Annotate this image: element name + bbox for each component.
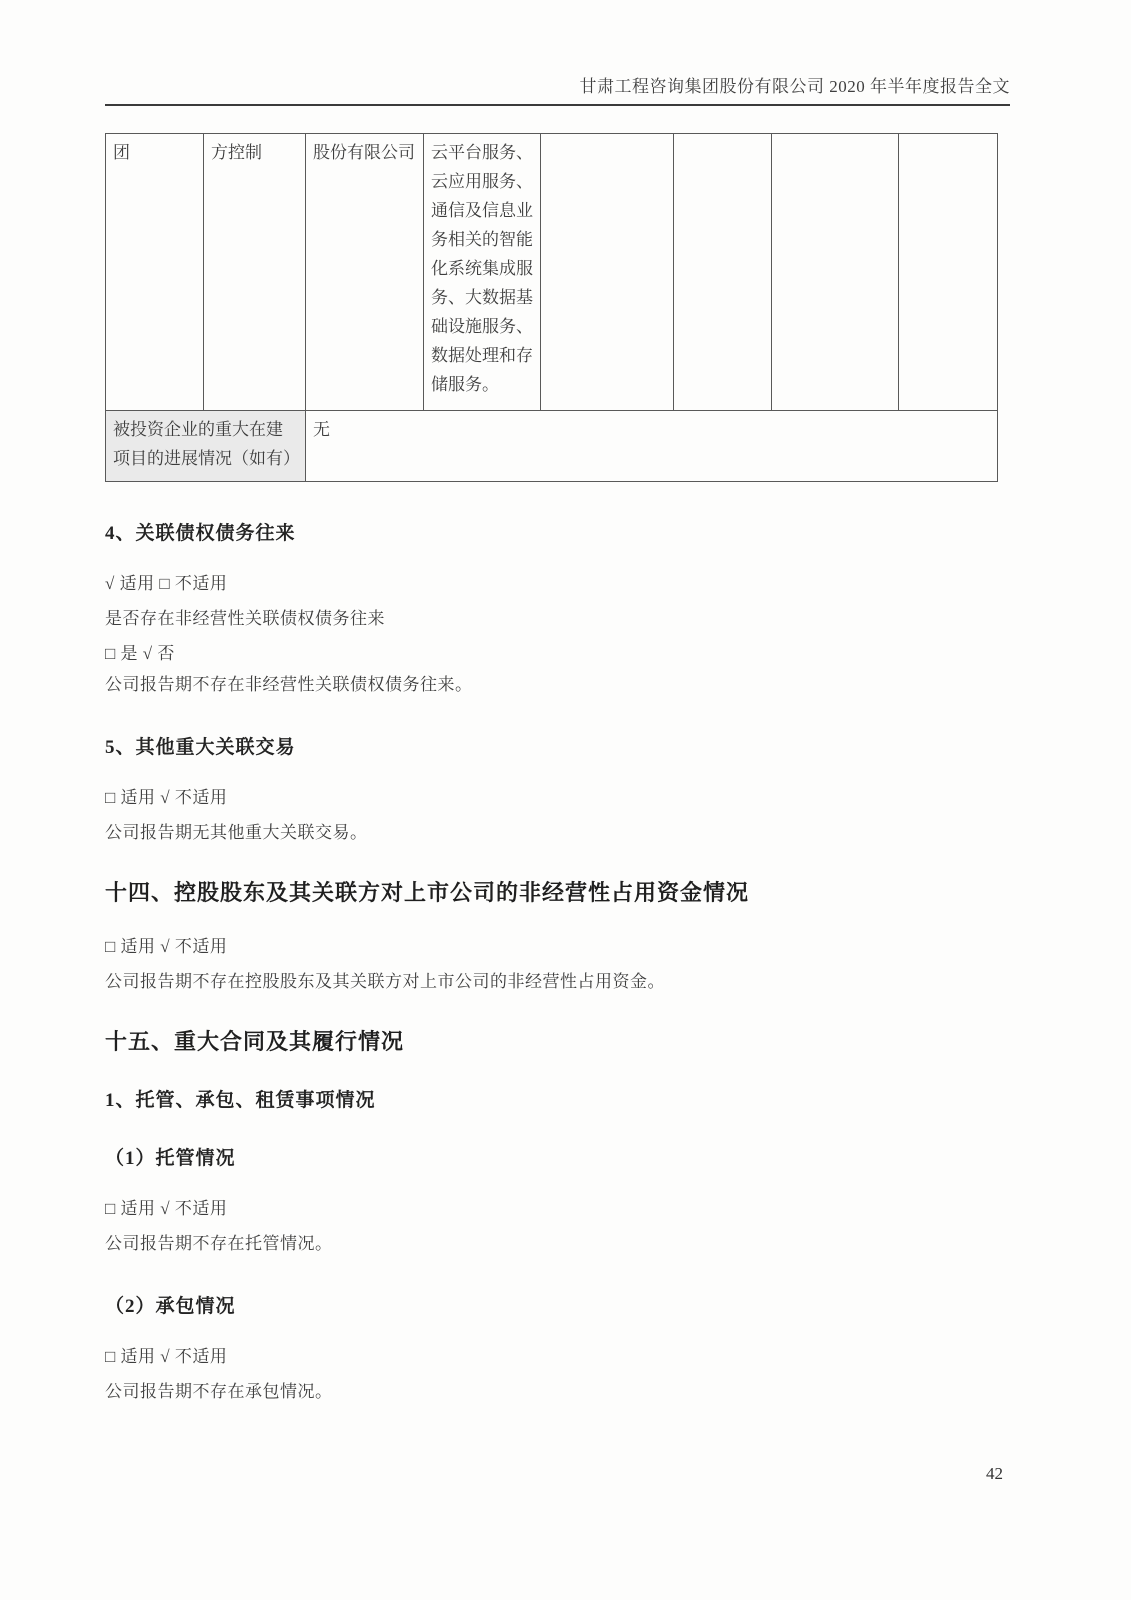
section-15-sub1b-statement-line: 公司报告期不存在承包情况。 bbox=[105, 1381, 1010, 1403]
section-14-applicability-line: □ 适用 √ 不适用 bbox=[105, 936, 1010, 958]
section-4-heading: 4、关联债权债务往来 bbox=[105, 518, 1010, 545]
section-4-question-line: 是否存在非经营性关联债权债务往来 bbox=[105, 608, 1010, 630]
table-cell-empty bbox=[772, 134, 899, 411]
section-5-heading: 5、其他重大关联交易 bbox=[105, 732, 1010, 759]
table-cell-business-scope: 云平台服务、云应用服务、通信及信息业务相关的智能化系统集成服务、大数据基础设施服… bbox=[424, 134, 541, 411]
table-row: 团 方控制 股份有限公司 云平台服务、云应用服务、通信及信息业务相关的智能化系统… bbox=[106, 134, 998, 411]
section-15-sub1b-applicability-line: □ 适用 √ 不适用 bbox=[105, 1346, 1010, 1368]
table-cell-company-cont: 团 bbox=[106, 134, 204, 411]
table-row: 被投资企业的重大在建项目的进展情况（如有） 无 bbox=[106, 411, 998, 482]
table-cell-empty bbox=[541, 134, 674, 411]
section-14-heading: 十四、控股股东及其关联方对上市公司的非经营性占用资金情况 bbox=[105, 878, 1010, 908]
section-15-sub1a-applicability-line: □ 适用 √ 不适用 bbox=[105, 1198, 1010, 1220]
page-content: 甘肃工程咨询集团股份有限公司 2020 年半年度报告全文 团 方控制 股份有限公… bbox=[105, 0, 1010, 1403]
section-4-yesno-line: □ 是 √ 否 bbox=[105, 643, 1010, 665]
table-cell-projects-value: 无 bbox=[306, 411, 998, 482]
page-number: 42 bbox=[986, 1464, 1003, 1484]
table-cell-empty bbox=[674, 134, 772, 411]
section-5-applicability-line: □ 适用 √ 不适用 bbox=[105, 787, 1010, 809]
section-15-sub1-heading: 1、托管、承包、租赁事项情况 bbox=[105, 1085, 1010, 1112]
section-4-statement-line: 公司报告期不存在非经营性关联债权债务往来。 bbox=[105, 674, 1010, 696]
section-15-sub1a-heading: （1）托管情况 bbox=[105, 1143, 1010, 1170]
table-cell-relation-cont: 方控制 bbox=[204, 134, 306, 411]
section-15-sub1a-statement-line: 公司报告期不存在托管情况。 bbox=[105, 1233, 1010, 1255]
section-15-sub1b-heading: （2）承包情况 bbox=[105, 1291, 1010, 1318]
report-page: 甘肃工程咨询集团股份有限公司 2020 年半年度报告全文 团 方控制 股份有限公… bbox=[0, 0, 1131, 1600]
document-header-title: 甘肃工程咨询集团股份有限公司 2020 年半年度报告全文 bbox=[105, 0, 1010, 97]
section-4-applicability-line: √ 适用 □ 不适用 bbox=[105, 573, 1010, 595]
related-investments-table: 团 方控制 股份有限公司 云平台服务、云应用服务、通信及信息业务相关的智能化系统… bbox=[105, 133, 998, 482]
header-divider-rule bbox=[105, 104, 1010, 106]
section-15-heading: 十五、重大合同及其履行情况 bbox=[105, 1027, 1010, 1057]
table-cell-projects-label: 被投资企业的重大在建项目的进展情况（如有） bbox=[106, 411, 306, 482]
section-14-statement-line: 公司报告期不存在控股股东及其关联方对上市公司的非经营性占用资金。 bbox=[105, 971, 1010, 993]
table-cell-empty bbox=[899, 134, 998, 411]
table-cell-entity-cont: 股份有限公司 bbox=[306, 134, 424, 411]
section-5-statement-line: 公司报告期无其他重大关联交易。 bbox=[105, 822, 1010, 844]
